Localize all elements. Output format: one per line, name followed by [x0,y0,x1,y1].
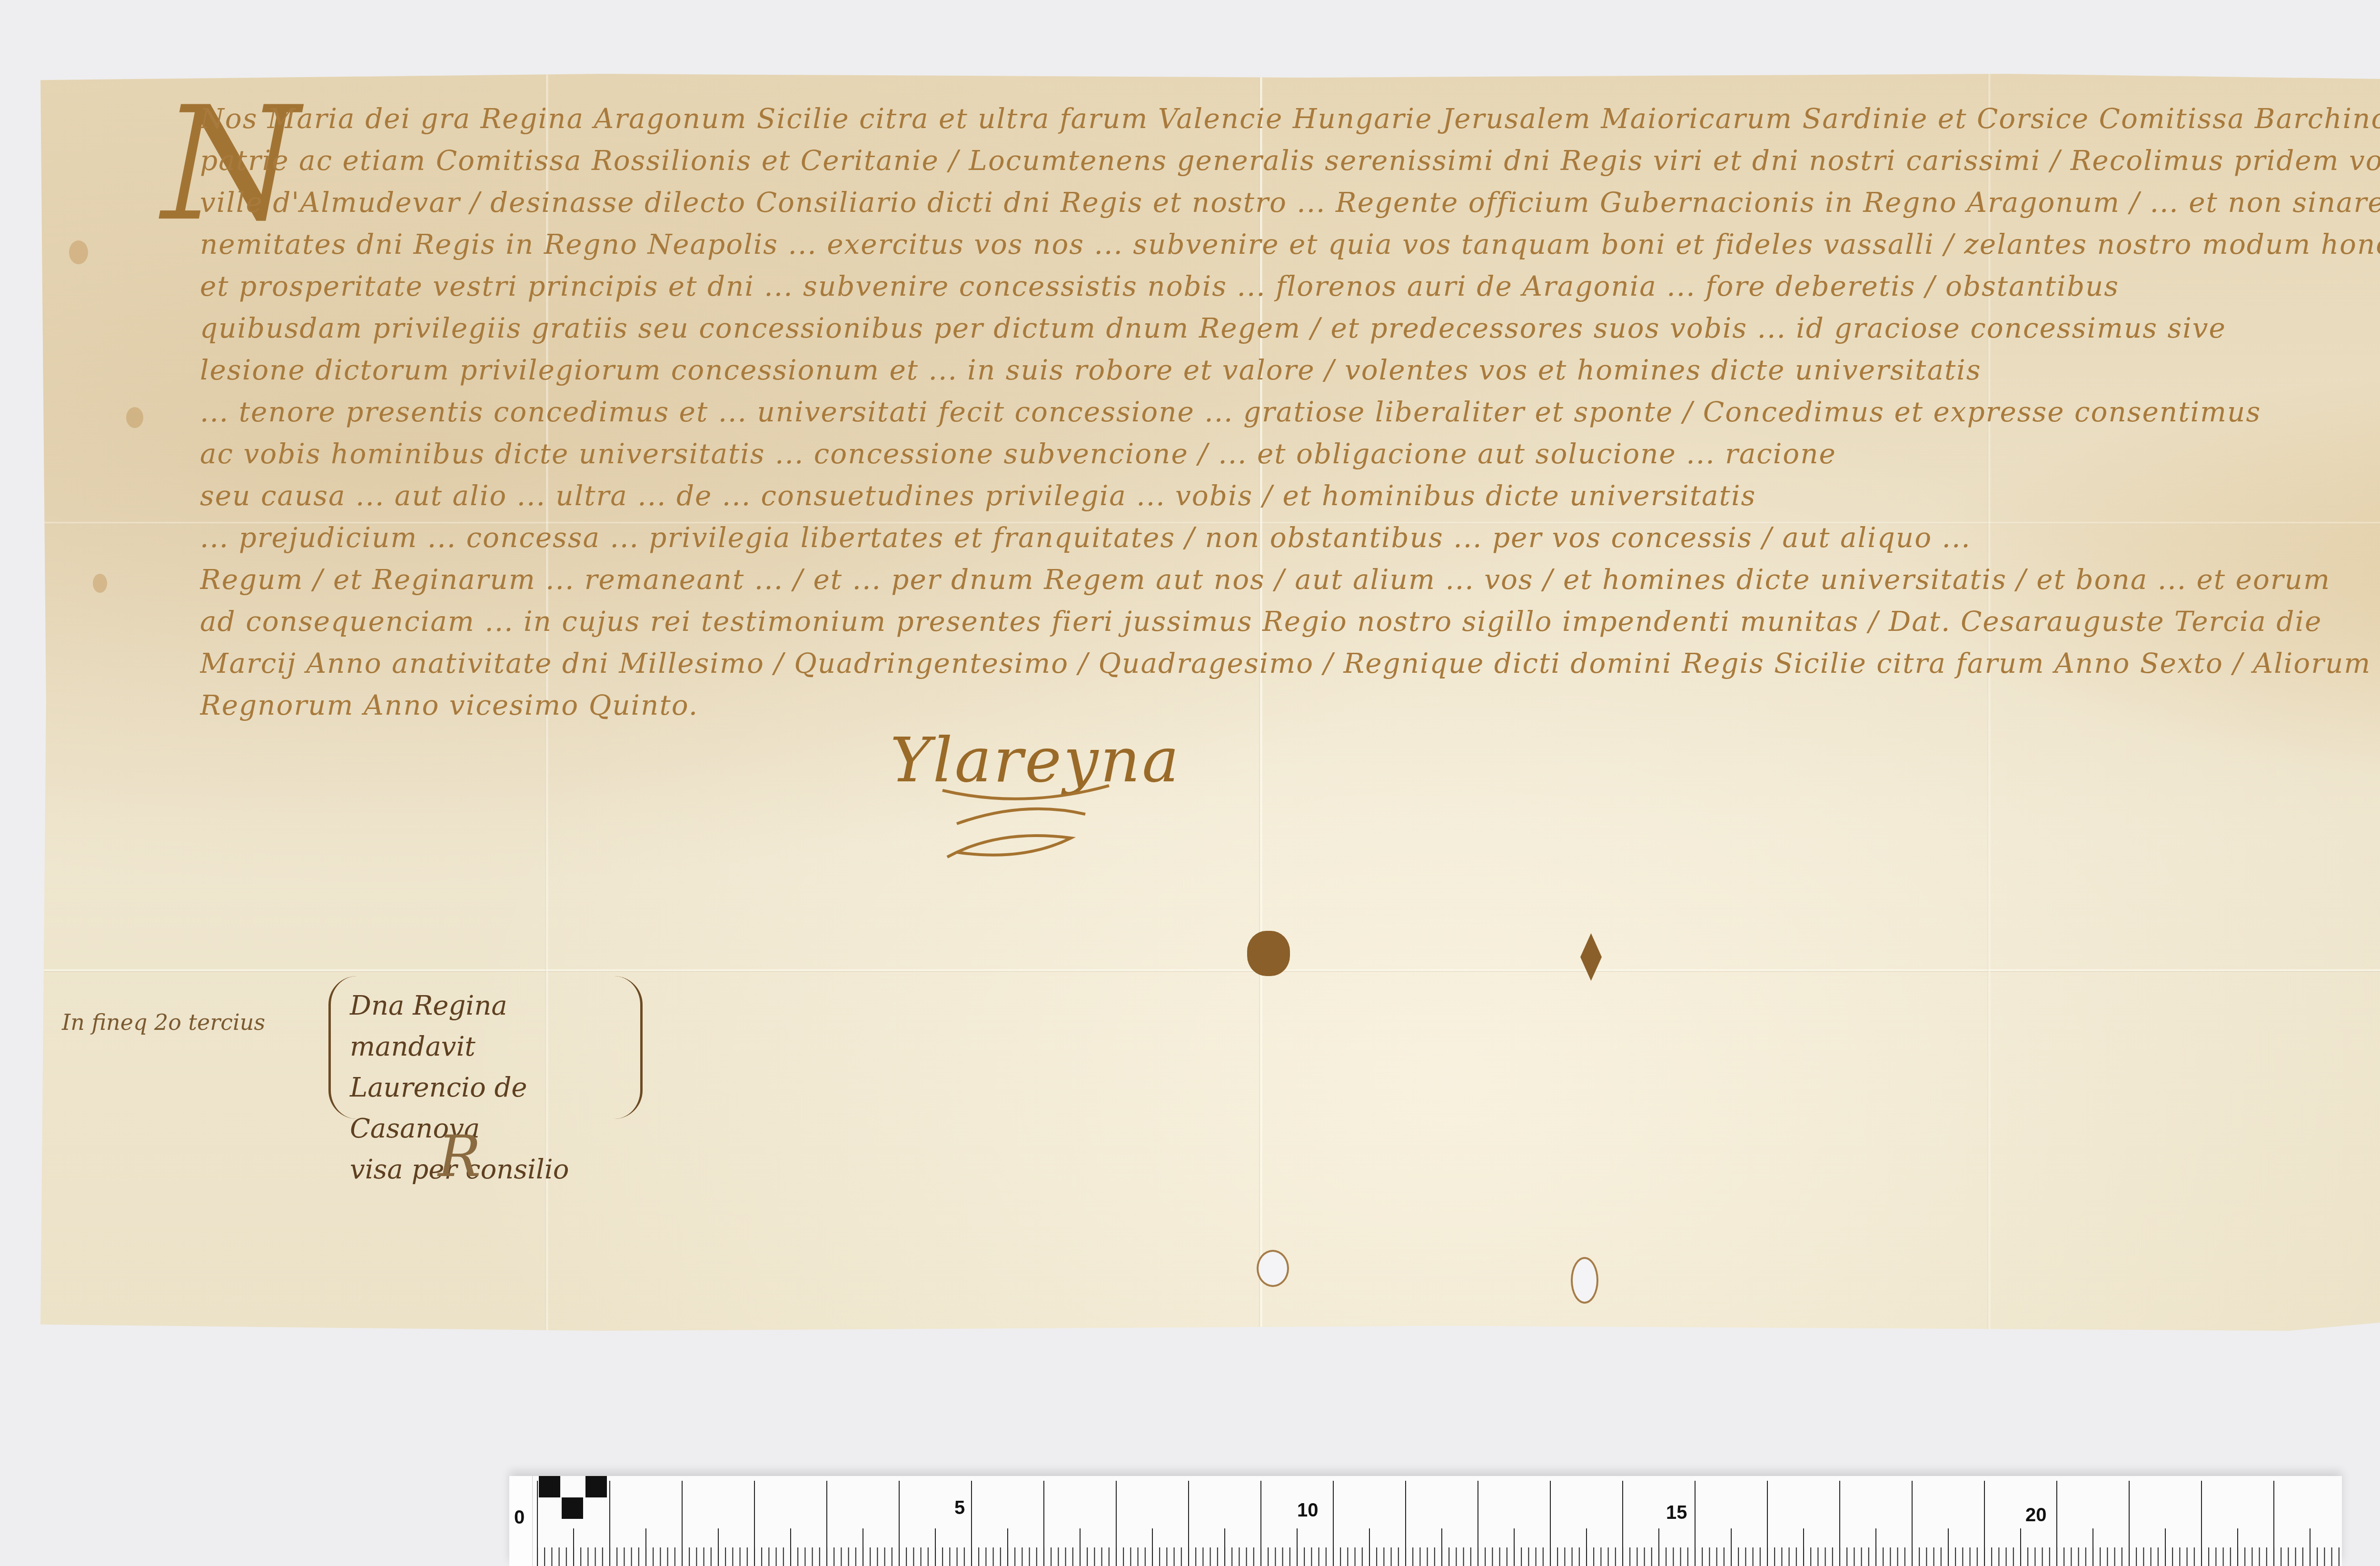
seal-hole [1571,1257,1598,1304]
text-line: ad consequenciam ... in cujus rei testim… [200,600,2380,642]
text-line: ville d'Almudevar / desinasse dilecto Co… [200,181,2380,223]
text-line: seu causa ... aut alio ... ultra ... de … [200,475,2380,517]
ruler-label-0: 0 [514,1507,525,1528]
text-line: lesione dictorum privilegiorum concessio… [200,349,2380,391]
ruler-ticks [537,1476,2342,1566]
text-line: Regnorum Anno vicesimo Quinto. [200,684,2380,726]
stain [126,407,143,428]
text-line: Nos Maria dei gra Regina Aragonum Sicili… [200,98,2380,140]
fold-line-horizontal [40,969,2380,972]
text-line: Marcij Anno anativitate dni Millesimo / … [200,642,2380,684]
registry-mark: R [438,1124,481,1190]
stain [93,574,107,593]
main-text: Nos Maria dei gra Regina Aragonum Sicili… [200,98,2380,726]
seal-hole [1257,1250,1289,1287]
text-line: ac vobis hominibus dicte universitatis .… [200,433,2380,475]
text-line: quibusdam privilegiis gratiis seu conces… [200,307,2380,349]
chancery-note-line: Laurencio de Casanova [350,1067,621,1149]
scale-ruler: 0 5 10 15 20 [509,1476,2342,1566]
chancery-note-line: visa per consilio [350,1149,621,1190]
text-line: et prosperitate vestri principis et dni … [200,265,2380,307]
text-line: patrie ac etiam Comitissa Rossilionis et… [200,140,2380,181]
stain [69,240,88,264]
signature-flourish-icon [928,781,1128,867]
text-line: ... tenore presentis concedimus et ... u… [200,391,2380,433]
text-line: ... prejudicium ... concessa ... privile… [200,517,2380,559]
seal-hole [1247,931,1290,976]
chancery-note-line: Dna Regina mandavit [350,986,621,1067]
text-line: Regum / et Reginarum ... remaneant ... /… [200,559,2380,600]
text-line: nemitates dni Regis in Regno Neapolis ..… [200,223,2380,265]
margin-note: In fineq 2o tercius [62,1009,265,1035]
chancery-note-bracket: Dna Regina mandavit Laurencio de Casanov… [328,976,643,1119]
